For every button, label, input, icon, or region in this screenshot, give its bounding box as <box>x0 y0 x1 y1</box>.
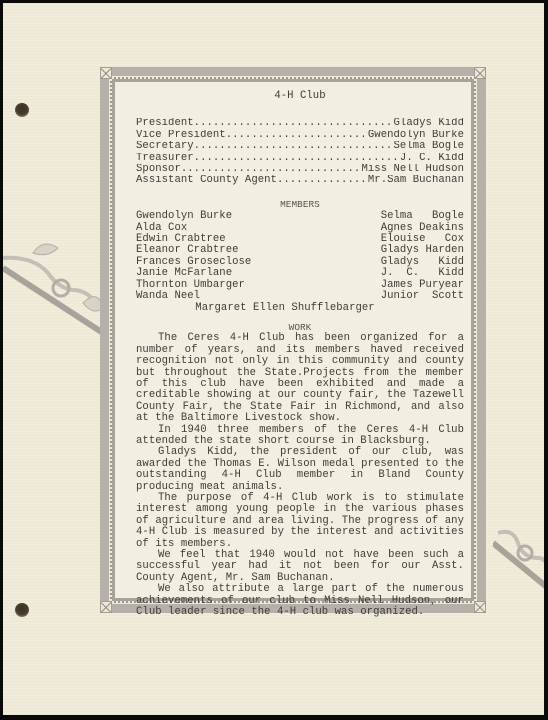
border-corner-tl <box>100 67 112 79</box>
officer-name: Gladys Kidd <box>394 118 464 129</box>
leader-dots <box>194 118 394 129</box>
work-paragraph: Gladys Kidd, the president of our club, … <box>136 447 464 493</box>
officer-role: Assistant County Agent <box>136 175 277 186</box>
scrapbook-page: 4-H Club PresidentGladys KiddVice Presid… <box>3 3 544 715</box>
officer-role: Treasurer <box>136 153 194 164</box>
leader-dots <box>181 164 362 175</box>
member-name: Janie McFarlane <box>136 268 381 279</box>
work-paragraph: The purpose of 4-H Club work is to stimu… <box>136 493 464 550</box>
members-list: Gwendolyn BurkeSelma BogleAlda CoxAgnes … <box>136 211 464 314</box>
officer-row: Vice PresidentGwendolyn Burke <box>136 130 464 141</box>
leader-dots <box>226 130 368 141</box>
border-corner-br <box>474 601 486 613</box>
work-paragraph: The Ceres 4-H Club has been organized fo… <box>136 333 464 424</box>
scroll-ornament-left <box>3 228 113 338</box>
document-title: 4-H Club <box>136 91 464 102</box>
member-name: J. C. Kidd <box>381 268 464 279</box>
members-heading: MEMBERS <box>136 199 464 210</box>
member-name: Junior Scott <box>381 291 464 302</box>
member-name: Margaret Ellen Shufflebarger <box>136 303 464 314</box>
binder-hole-top <box>15 103 29 117</box>
officer-role: President <box>136 118 194 129</box>
work-section: The Ceres 4-H Club has been organized fo… <box>136 333 464 618</box>
binder-hole-bottom <box>15 603 29 617</box>
member-name: Gwendolyn Burke <box>136 211 381 222</box>
officer-name: Mr.Sam Buchanan <box>368 175 464 186</box>
officer-row: SecretarySelma Bogle <box>136 141 464 152</box>
officer-row: Assistant County AgentMr.Sam Buchanan <box>136 175 464 186</box>
officer-row: TreasurerJ. C. Kidd <box>136 153 464 164</box>
officer-row: SponsorMiss Nell Hudson <box>136 164 464 175</box>
member-name: Wanda Neel <box>136 291 381 302</box>
leader-dots <box>194 141 394 152</box>
officer-role: Sponsor <box>136 164 181 175</box>
member-name: Selma Bogle <box>381 211 464 222</box>
officer-name: Gwendolyn Burke <box>368 130 464 141</box>
scroll-ornament-right <box>493 528 544 598</box>
work-paragraph: We also attribute a large part of the nu… <box>136 584 464 618</box>
typed-document: 4-H Club PresidentGladys KiddVice Presid… <box>136 91 464 618</box>
work-paragraph: We feel that 1940 would not have been su… <box>136 550 464 584</box>
officer-row: PresidentGladys Kidd <box>136 118 464 129</box>
officer-role: Vice President <box>136 130 226 141</box>
border-corner-tr <box>474 67 486 79</box>
officer-name: Selma Bogle <box>394 141 464 152</box>
leader-dots <box>194 153 400 164</box>
officer-name: J. C. Kidd <box>400 153 464 164</box>
officer-role: Secretary <box>136 141 194 152</box>
work-paragraph: In 1940 three members of the Ceres 4-H C… <box>136 425 464 448</box>
leader-dots <box>277 175 368 186</box>
officer-name: Miss Nell Hudson <box>361 164 464 175</box>
officers-list: PresidentGladys KiddVice PresidentGwendo… <box>136 118 464 186</box>
border-corner-bl <box>100 601 112 613</box>
